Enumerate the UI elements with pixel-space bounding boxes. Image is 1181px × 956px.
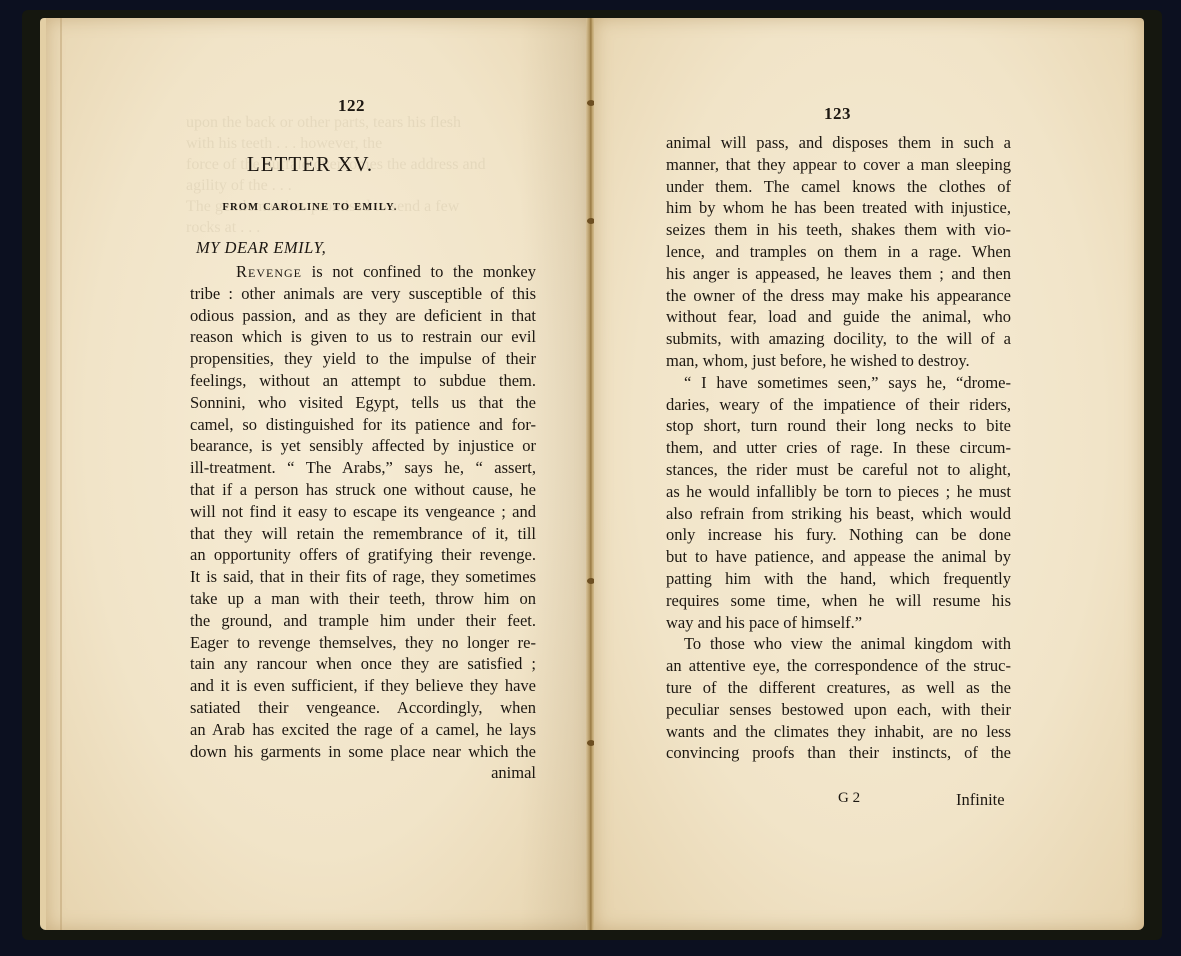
text-line: ture of the different creatures, as well…: [666, 677, 1011, 699]
text-line: stances, the rider must be careful not t…: [666, 459, 1011, 481]
text-line: reason which is given to us to restrain …: [190, 326, 536, 348]
text-line: the ground, and trample him under their …: [190, 610, 536, 632]
text-line: the owner of the dress may make his appe…: [666, 285, 1011, 307]
text-line: wants and the climates they inhabit, are…: [666, 721, 1011, 743]
text-line: bearance, is yet sensibly affected by in…: [190, 435, 536, 457]
letter-subheading: FROM CAROLINE TO EMILY.: [46, 202, 574, 213]
catchword: Infinite: [956, 790, 1005, 810]
text-line: feelings, without an attempt to subdue t…: [190, 370, 536, 392]
text-line: an attentive eye, the correspondence of …: [666, 655, 1011, 677]
text-line: seizes them in his teeth, shakes them wi…: [666, 219, 1011, 241]
text-line: satiated their vengeance. Accordingly, w…: [190, 697, 536, 719]
text-line: only increase his fury. Nothing can be d…: [666, 524, 1011, 546]
text-line: under them. The camel knows the clothes …: [666, 176, 1011, 198]
text-line: tain any rancour when once they are sati…: [190, 653, 536, 675]
page-number: 123: [824, 104, 851, 124]
gutter-shadow: [520, 18, 586, 930]
text-line: camel, so distinguished for its patience…: [190, 414, 536, 436]
left-body-text: Revenge is not confined to the monkey tr…: [190, 261, 536, 784]
text-line: man, whom, just before, he wished to des…: [666, 350, 1011, 372]
text-line: “ I have sometimes seen,” says he, “drom…: [666, 372, 1011, 394]
text-line: To those who view the animal kingdom wit…: [666, 633, 1011, 655]
text-line: convincing proofs than their instincts, …: [666, 742, 1011, 764]
salutation: MY DEAR EMILY,: [196, 238, 326, 258]
text-line: peculiar senses bestowed upon each, with…: [666, 699, 1011, 721]
text-line: way and his pace of himself.”: [666, 612, 1011, 634]
text-line: but to have patience, and appease the an…: [666, 546, 1011, 568]
text-line: Eager to revenge themselves, they no lon…: [190, 632, 536, 654]
page-number: 122: [338, 96, 365, 116]
text-line: that if a person has struck one without …: [190, 479, 536, 501]
text-line: them, and utter cries of rage. In these …: [666, 437, 1011, 459]
text-line: propensities, they yield to the impulse …: [190, 348, 536, 370]
text-line: will not find it easy to escape its veng…: [190, 501, 536, 523]
text-line: him by whom he has been treated with inj…: [666, 197, 1011, 219]
text-line: an Arab has excited the rage of a camel,…: [190, 719, 536, 741]
text-line: that they will retain the remembrance of…: [190, 523, 536, 545]
right-body-text: animal will pass, and disposes them in s…: [666, 132, 1011, 764]
text-line: his anger is appeased, he leaves them ; …: [666, 263, 1011, 285]
left-page: upon the back or other parts, tears his …: [40, 18, 594, 930]
signature-mark: G 2: [838, 790, 860, 807]
text-line: stop short, turn round their long necks …: [666, 415, 1011, 437]
text-line: odious passion, and as they are deficien…: [190, 305, 536, 327]
text-line: take up a man with their teeth, throw hi…: [190, 588, 536, 610]
text-line: submits, with amazing docility, to the w…: [666, 328, 1011, 350]
text-line: tribe : other animals are very susceptib…: [190, 283, 536, 305]
text-line: down his garments in some place near whi…: [190, 741, 536, 763]
text-line: lence, and tramples on them in a rage. W…: [666, 241, 1011, 263]
text-line: requires some time, when he will resume …: [666, 590, 1011, 612]
text-line: Sonnini, who visited Egypt, tells us tha…: [190, 392, 536, 414]
text-line: ill-treatment. “ The Arabs,” says he, “ …: [190, 457, 536, 479]
catchword: animal: [190, 762, 536, 784]
text-line: as he would infallibly be torn to pieces…: [666, 481, 1011, 503]
right-page: 123 animal will pass, and disposes them …: [594, 18, 1144, 930]
text-line: also refrain from striking his beast, wh…: [666, 503, 1011, 525]
text-line: and it is even sufficient, if they belie…: [190, 675, 536, 697]
text-line: animal will pass, and disposes them in s…: [666, 132, 1011, 154]
text-line: without fear, load and guide the animal,…: [666, 306, 1011, 328]
text-line: Revenge is not confined to the monkey: [190, 261, 536, 283]
text-line: daries, weary of the impatience of their…: [666, 394, 1011, 416]
text-line: It is said, that in their fits of rage, …: [190, 566, 536, 588]
letter-heading: LETTER XV.: [46, 152, 574, 177]
text-line: an opportunity offers of gratifying thei…: [190, 544, 536, 566]
text-line: patting him with the hand, which frequen…: [666, 568, 1011, 590]
text-line: manner, that they appear to cover a man …: [666, 154, 1011, 176]
